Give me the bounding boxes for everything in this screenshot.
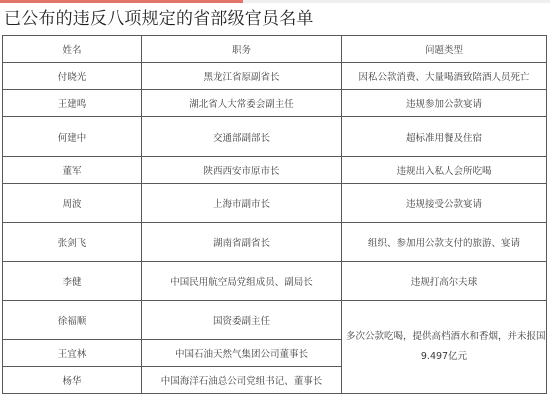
cell-name: 王宜林 [3, 340, 142, 367]
cell-post: 湖南省副省长 [142, 223, 342, 262]
cell-name: 杨华 [3, 367, 142, 394]
cell-post: 交通部副部长 [142, 117, 342, 157]
cell-post: 中国石油天然气集团公司董事长 [142, 340, 342, 367]
cell-issue: 违规出入私人会所吃喝 [342, 157, 547, 184]
table-row: 付晓光 黑龙江省原副省长 因私公款消费、大量喝酒致陪酒人员死亡 [3, 63, 547, 90]
cell-post: 黑龙江省原副省长 [142, 63, 342, 90]
cell-post: 国资委副主任 [142, 301, 342, 340]
cell-issue: 违规打高尔夫球 [342, 262, 547, 301]
cell-issue: 组织、参加用公款支付的旅游、宴请 [342, 223, 547, 262]
officials-table: 姓名 职务 问题类型 付晓光 黑龙江省原副省长 因私公款消费、大量喝酒致陪酒人员… [2, 35, 547, 394]
cell-name: 张剑飞 [3, 223, 142, 262]
cell-post: 中国民用航空局党组成员、副局长 [142, 262, 342, 301]
cell-name: 付晓光 [3, 63, 142, 90]
cell-issue: 违规参加公款宴请 [342, 90, 547, 117]
column-header-issue: 问题类型 [342, 36, 547, 63]
merged-issue-text: 多次公款吃喝，提供高档酒水和香烟，并未报国资委审批的情况下违规购买北京金湖度假村… [346, 331, 547, 342]
cell-post: 中国海洋石油总公司党组书记、董事长 [142, 367, 342, 394]
cell-name: 徐福顺 [3, 301, 142, 340]
page-title: 已公布的违反八项规定的省部级官员名单 [4, 8, 314, 30]
cell-name: 董军 [3, 157, 142, 184]
cell-post: 上海市副市长 [142, 184, 342, 223]
table-row: 王建鸣 湖北省人大常委会副主任 违规参加公款宴请 [3, 90, 547, 117]
cell-name: 何建中 [3, 117, 142, 157]
cell-post: 陕西西安市原市长 [142, 157, 342, 184]
table-row: 董军 陕西西安市原市长 违规出入私人会所吃喝 [3, 157, 547, 184]
column-header-name: 姓名 [3, 36, 142, 63]
column-header-post: 职务 [142, 36, 342, 63]
table-row: 张剑飞 湖南省副省长 组织、参加用公款支付的旅游、宴请 [3, 223, 547, 262]
table-row: 李健 中国民用航空局党组成员、副局长 违规打高尔夫球 [3, 262, 547, 301]
table-row: 徐福顺 国资委副主任 多次公款吃喝，提供高档酒水和香烟，并未报国资委审批的情况下… [3, 301, 547, 340]
table-row: 何建中 交通部副部长 超标准用餐及住宿 [3, 117, 547, 157]
table-row: 周波 上海市副市长 违规接受公款宴请 [3, 184, 547, 223]
cell-post: 湖北省人大常委会副主任 [142, 90, 342, 117]
cell-name: 周波 [3, 184, 142, 223]
cell-issue: 因私公款消费、大量喝酒致陪酒人员死亡 [342, 63, 547, 90]
cell-name: 王建鸣 [3, 90, 142, 117]
cell-name: 李健 [3, 262, 142, 301]
table-header-row: 姓名 职务 问题类型 [3, 36, 547, 63]
cell-issue-merged: 多次公款吃喝，提供高档酒水和香烟，并未报国资委审批的情况下违规购买北京金湖度假村… [342, 301, 547, 394]
cell-issue: 违规接受公款宴请 [342, 184, 547, 223]
merged-issue-amount: 9.497亿元 [346, 347, 542, 367]
cell-issue: 超标准用餐及住宿 [342, 117, 547, 157]
title-accent-bar [0, 0, 243, 3]
